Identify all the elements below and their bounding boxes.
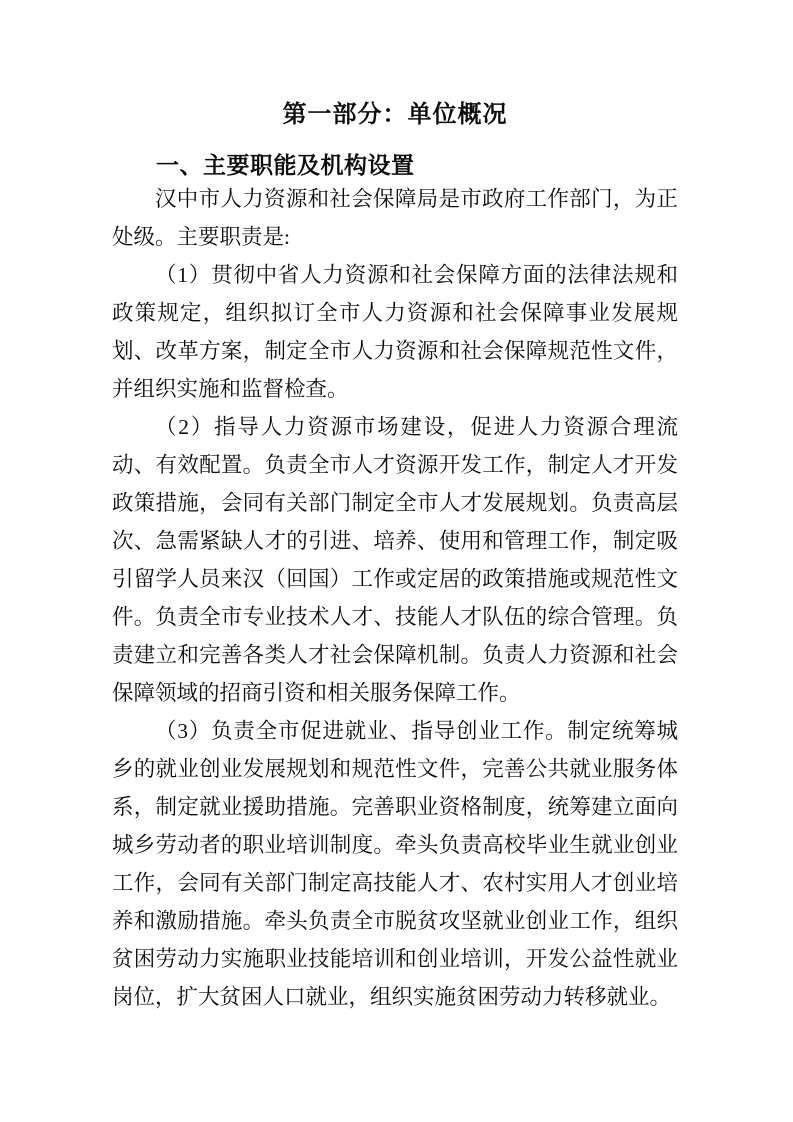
document-paragraph: 汉中市人力资源和社会保障局是市政府工作部门，为正处级。主要职责是: (112, 180, 678, 256)
document-body: 汉中市人力资源和社会保障局是市政府工作部门，为正处级。主要职责是:（1）贯彻中省… (112, 180, 678, 1016)
document-page: 第一部分：单位概况 一、主要职能及机构设置 汉中市人力资源和社会保障局是市政府工… (0, 0, 793, 1122)
document-title: 第一部分：单位概况 (112, 100, 678, 130)
document-paragraph: （3）负责全市促进就业、指导创业工作。制定统筹城乡的就业创业发展规划和规范性文件… (112, 712, 678, 1016)
document-paragraph: （1）贯彻中省人力资源和社会保障方面的法律法规和政策规定，组织拟订全市人力资源和… (112, 256, 678, 408)
document-paragraph: （2）指导人力资源市场建设，促进人力资源合理流动、有效配置。负责全市人才资源开发… (112, 408, 678, 712)
section-heading: 一、主要职能及机构设置 (112, 150, 678, 180)
